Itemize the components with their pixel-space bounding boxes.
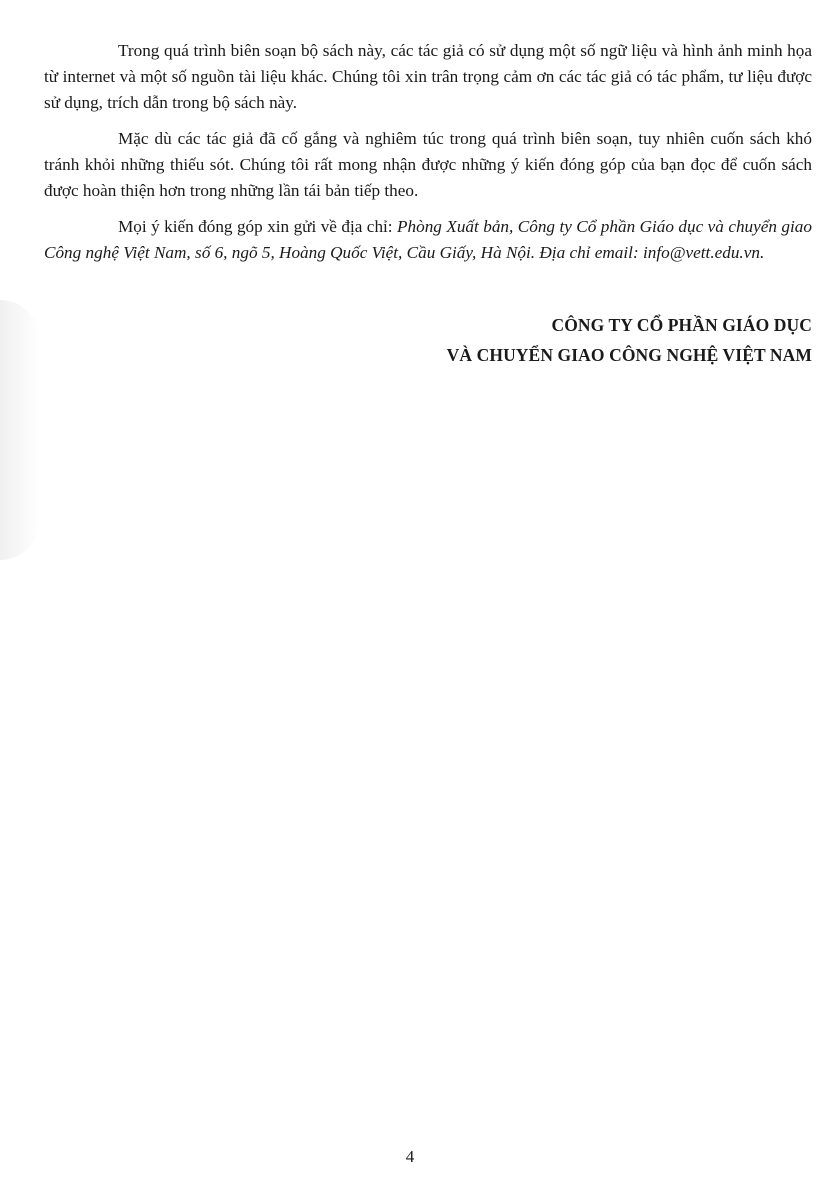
contact-intro: Mọi ý kiến đóng góp xin gửi về địa chỉ: xyxy=(118,217,397,236)
signature-line-1: CÔNG TY CỔ PHẦN GIÁO DỤC xyxy=(447,310,812,340)
signature-line-2: VÀ CHUYỂN GIAO CÔNG NGHỆ VIỆT NAM xyxy=(447,340,812,370)
paragraph-feedback-request: Mặc dù các tác giả đã cố gắng và nghiêm … xyxy=(44,126,812,204)
page-number: 4 xyxy=(0,1147,820,1167)
document-body: Trong quá trình biên soạn bộ sách này, c… xyxy=(44,38,812,276)
publisher-signature: CÔNG TY CỔ PHẦN GIÁO DỤC VÀ CHUYỂN GIAO … xyxy=(447,310,812,370)
scan-shadow xyxy=(0,300,40,560)
paragraph-contact: Mọi ý kiến đóng góp xin gửi về địa chỉ: … xyxy=(44,214,812,266)
paragraph-acknowledgement: Trong quá trình biên soạn bộ sách này, c… xyxy=(44,38,812,116)
